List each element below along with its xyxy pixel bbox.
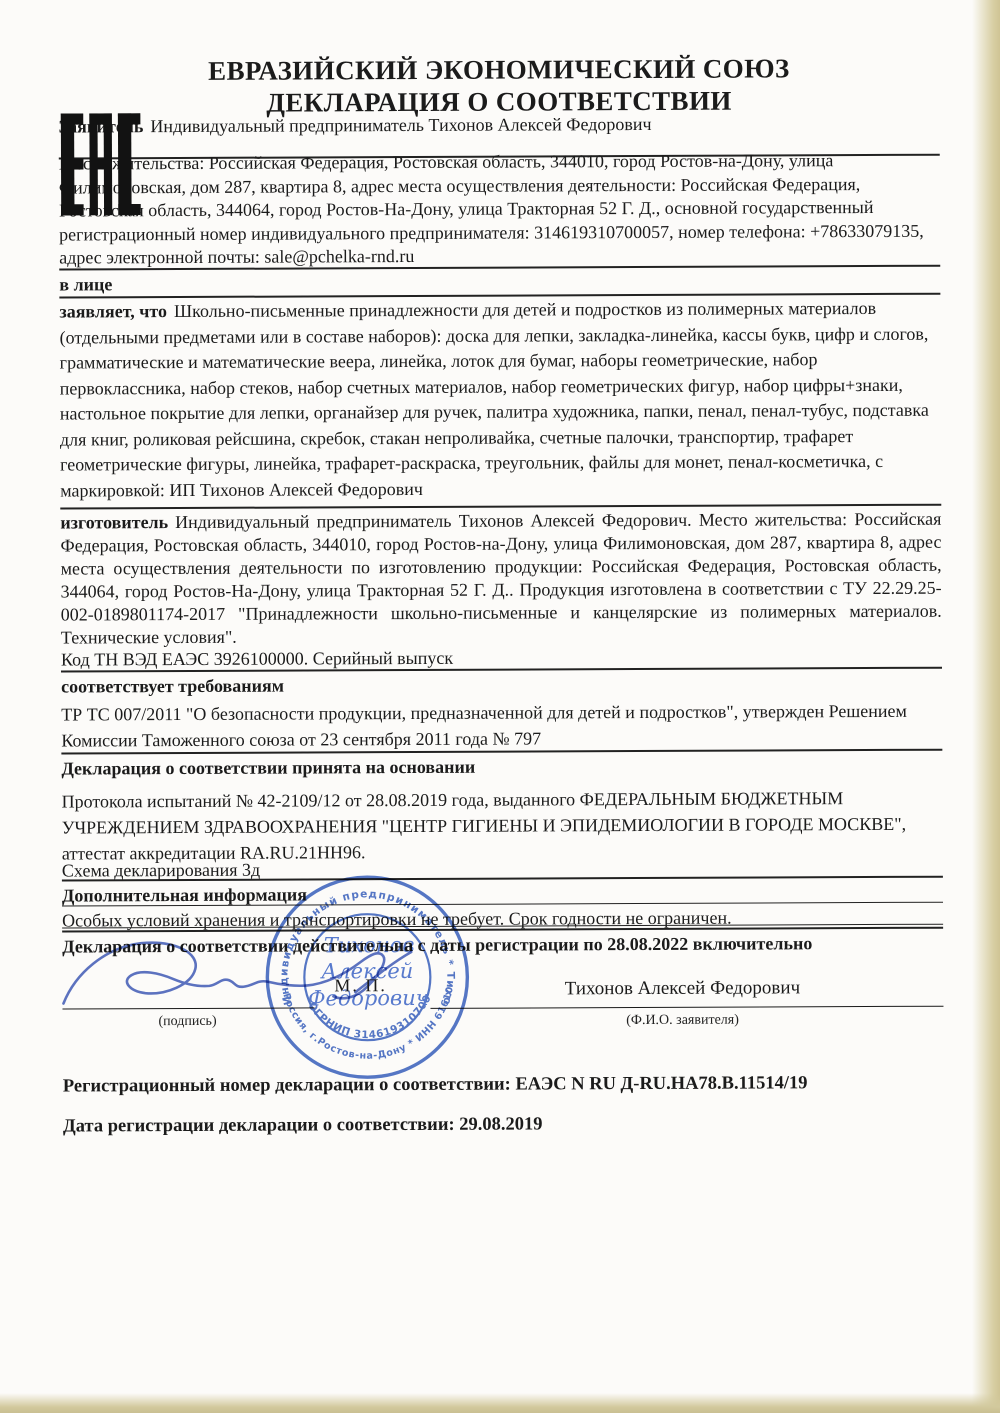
document-title: ЕВРАЗИЙСКИЙ ЭКОНОМИЧЕСКИЙ СОЮЗ xyxy=(58,53,939,88)
stamp-place-label: М. П. xyxy=(334,972,387,998)
fio-caption: (Ф.И.О. заявителя) xyxy=(442,1011,922,1031)
declares-paragraph: заявляет, чтоШкольно-письменные принадле… xyxy=(59,296,941,504)
scanned-declaration-page: ЕАС ЕВРАЗИЙСКИЙ ЭКОНОМИЧЕСКИЙ СОЮЗ ДЕКЛА… xyxy=(0,0,1000,1413)
registration-date-line: Дата регистрации декларации о соответств… xyxy=(63,1110,944,1140)
applicant-line: ЗаявительИндивидуальный предприниматель … xyxy=(59,110,940,140)
manufacturer-paragraph: изготовительИндивидуальный предпринимате… xyxy=(60,508,942,650)
fio-line xyxy=(430,1006,943,1009)
applicant-value: Индивидуальный предприниматель Тихонов А… xyxy=(150,114,651,136)
basis-heading: Декларация о соответствии принята на осн… xyxy=(61,752,942,782)
registration-number-line: Регистрационный номер декларации о соотв… xyxy=(63,1070,944,1100)
scan-edge-right xyxy=(972,0,1000,1413)
manufacturer-text: Индивидуальный предприниматель Тихонов А… xyxy=(60,509,941,648)
eac-logo-icon: ЕАС xyxy=(61,113,141,222)
declares-label: заявляет, что xyxy=(59,301,167,321)
requirements-paragraph: ТР ТС 007/2011 "О безопасности продукции… xyxy=(61,698,942,754)
stamp-center-name-1: Тихонов xyxy=(324,933,415,957)
document-body: ЕАС ЕВРАЗИЙСКИЙ ЭКОНОМИЧЕСКИЙ СОЮЗ ДЕКЛА… xyxy=(58,48,945,1352)
meets-heading: соответствует требованиям xyxy=(61,670,942,700)
scan-edge-bottom xyxy=(0,1393,1000,1413)
manufacturer-label: изготовитель xyxy=(60,512,168,532)
declares-text: Школьно-письменные принадлежности для де… xyxy=(60,298,929,500)
applicant-fio-value: Тихонов Алексей Федорович xyxy=(442,975,922,1003)
residence-paragraph: Место жительства: Российская Федерация, … xyxy=(59,149,941,270)
